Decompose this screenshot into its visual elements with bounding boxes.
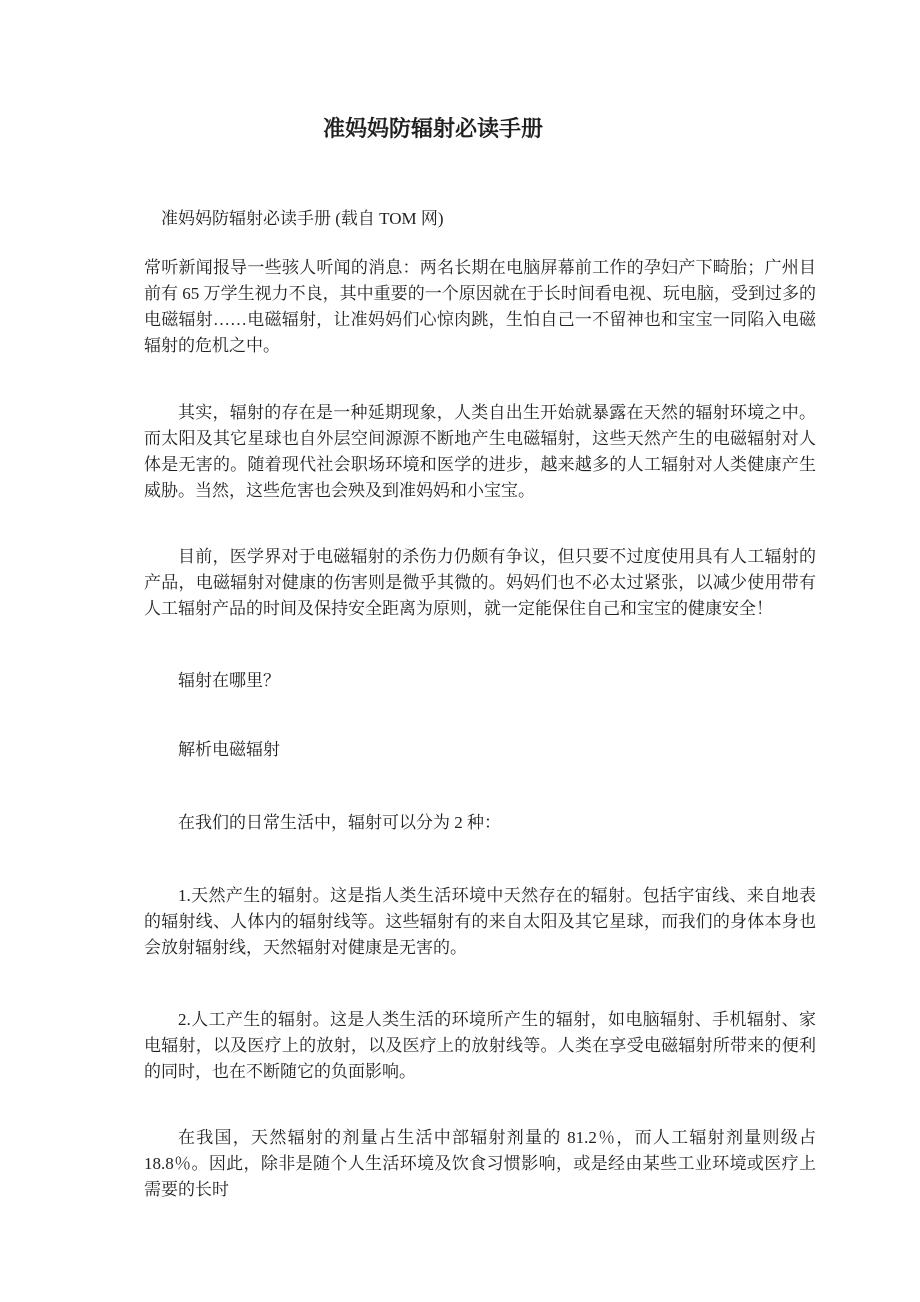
- paragraph-natural-radiation: 1.天然产生的辐射。这是指人类生活环境中天然存在的辐射。包括宇宙线、来自地表的辐…: [144, 883, 816, 961]
- paragraph-medical-view: 目前，医学界对于电磁辐射的杀伤力仍颇有争议，但只要不过度使用具有人工辐射的产品，…: [144, 544, 816, 622]
- paragraph-news-reports: 常听新闻报导一些骇人听闻的消息：两名长期在电脑屏幕前工作的孕妇产下畸胎；广州目前…: [144, 255, 816, 359]
- paragraph-two-kinds-intro: 在我们的日常生活中，辐射可以分为 2 种：: [144, 810, 816, 836]
- paragraph-artificial-radiation: 2.人工产生的辐射。这是人类生活的环境所产生的辐射，如电脑辐射、手机辐射、家电辐…: [144, 1007, 816, 1085]
- paragraph-dosage-statistics: 在我国，天然辐射的剂量占生活中部辐射剂量的 81.2％，而人工辐射剂量则级占 1…: [144, 1125, 816, 1203]
- heading-radiation-where: 辐射在哪里？: [144, 668, 816, 694]
- paragraph-natural-exposure: 其实，辐射的存在是一种延期现象，人类自出生开始就暴露在天然的辐射环境之中。而太阳…: [144, 400, 816, 504]
- document-page: 准妈妈防辐射必读手册 准妈妈防辐射必读手册 (载自 TOM 网) 常听新闻报导一…: [0, 0, 920, 1302]
- heading-analyze-emf: 解析电磁辐射: [144, 737, 816, 763]
- source-line: 准妈妈防辐射必读手册 (载自 TOM 网): [144, 206, 816, 232]
- document-title: 准妈妈防辐射必读手册: [144, 114, 722, 144]
